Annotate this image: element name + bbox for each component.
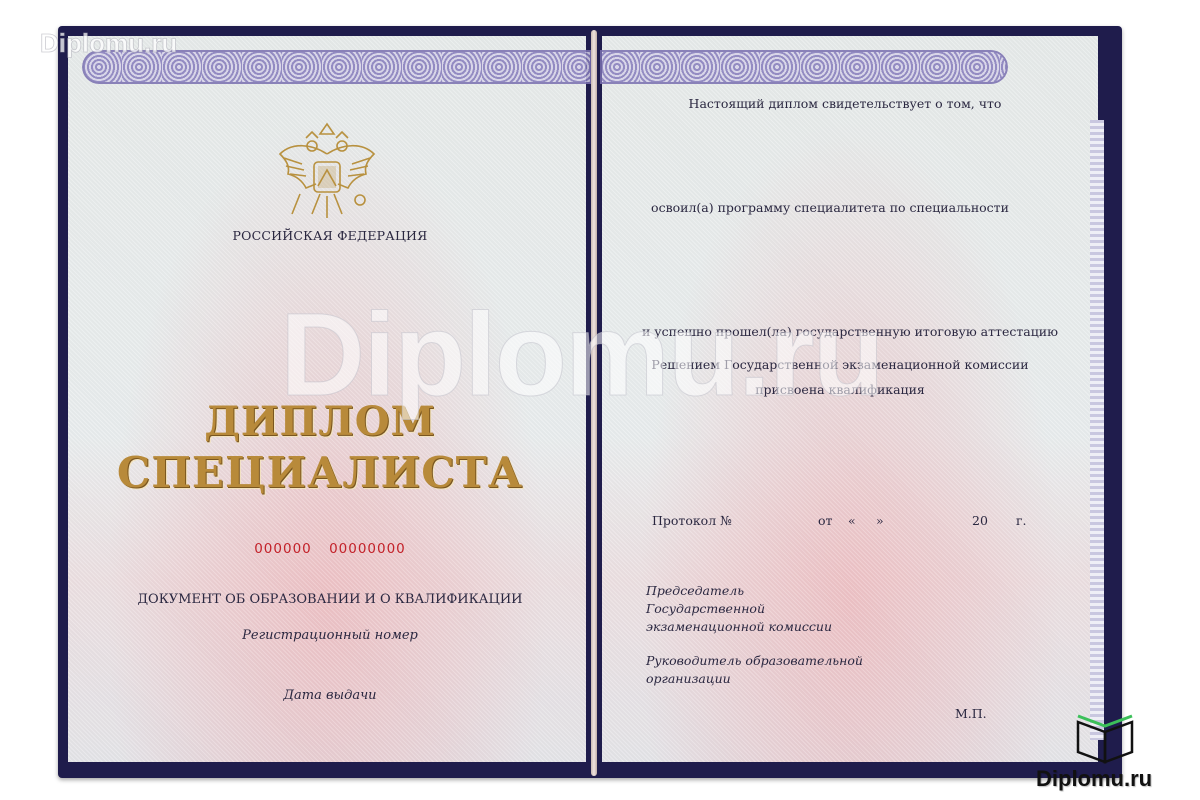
stamp-place-label: М.П. <box>955 706 987 721</box>
serial-number: 000000 00000000 <box>180 541 480 557</box>
protocol-quote-open: « <box>848 513 856 528</box>
commission-chair-label: Председатель Государственной экзаменацио… <box>646 582 832 636</box>
certifies-text: Настоящий диплом свидетельствует о том, … <box>640 96 1050 111</box>
head-line: Руководитель образовательной <box>646 652 863 670</box>
guilloche-band-right <box>600 50 1008 84</box>
protocol-quote-close: » <box>876 513 884 528</box>
issue-date-label: Дата выдачи <box>240 688 420 703</box>
country-label: РОССИЙСКАЯ ФЕДЕРАЦИЯ <box>210 228 450 243</box>
diploma-title-line2: СПЕЦИАЛИСТА <box>110 448 530 497</box>
protocol-label: Протокол № <box>652 513 732 528</box>
document-type-label: ДОКУМЕНТ ОБ ОБРАЗОВАНИИ И О КВАЛИФИКАЦИИ <box>110 592 550 607</box>
watermark-top-left: Diplomu.ru <box>40 28 177 59</box>
open-book-check-icon <box>1070 704 1140 764</box>
head-line: организации <box>646 670 863 688</box>
serial-digits: 00000000 <box>329 541 406 557</box>
registration-number-label: Регистрационный номер <box>200 628 460 643</box>
protocol-from: от <box>818 513 832 528</box>
brand-logo-text: Diplomu.ru <box>1036 766 1152 792</box>
russian-coat-of-arms-icon <box>272 114 382 226</box>
watermark-center: Diplomu.ru <box>280 296 883 414</box>
chair-line: Председатель <box>646 582 832 600</box>
program-text: освоил(а) программу специалитета по спец… <box>640 200 1020 215</box>
chair-line: экзаменационной комиссии <box>646 618 832 636</box>
page-edge-pattern <box>1090 120 1104 740</box>
protocol-year-prefix: 20 <box>972 513 988 528</box>
chair-line: Государственной <box>646 600 832 618</box>
serial-series: 000000 <box>254 541 312 557</box>
organization-head-label: Руководитель образовательной организации <box>646 652 863 688</box>
protocol-year-suffix: г. <box>1016 513 1027 528</box>
